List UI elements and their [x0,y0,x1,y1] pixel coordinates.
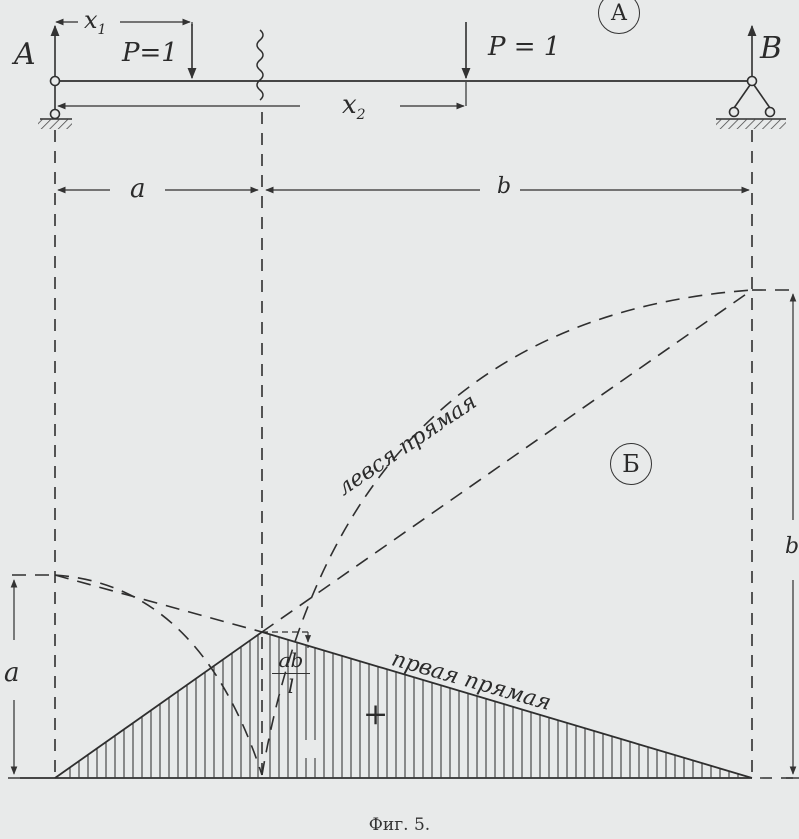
span-label-a: a [130,176,146,202]
panel-label-b: Б [610,443,652,485]
height-label-a: a [4,660,20,686]
peak-value-fraction: ab l [272,650,310,697]
span-label-b: b [497,176,511,198]
arc-left [55,575,262,775]
influence-line-diagram [0,0,799,839]
right-straight-extension [55,575,262,632]
left-straight-extension [262,290,752,632]
left-support-icon [38,26,72,129]
load-label-left: P=1 [122,40,178,66]
distance-label-x1: x1 [84,8,106,37]
load-label-right: P = 1 [488,34,560,60]
support-label-b: B [760,34,782,64]
distance-label-x2: x2 [342,92,366,122]
height-label-b: b [785,536,799,558]
support-label-a: A [14,40,36,70]
section-cut [257,30,263,100]
sign-plus: + [363,700,388,730]
figure-caption: Фиг. 5. [0,815,799,835]
